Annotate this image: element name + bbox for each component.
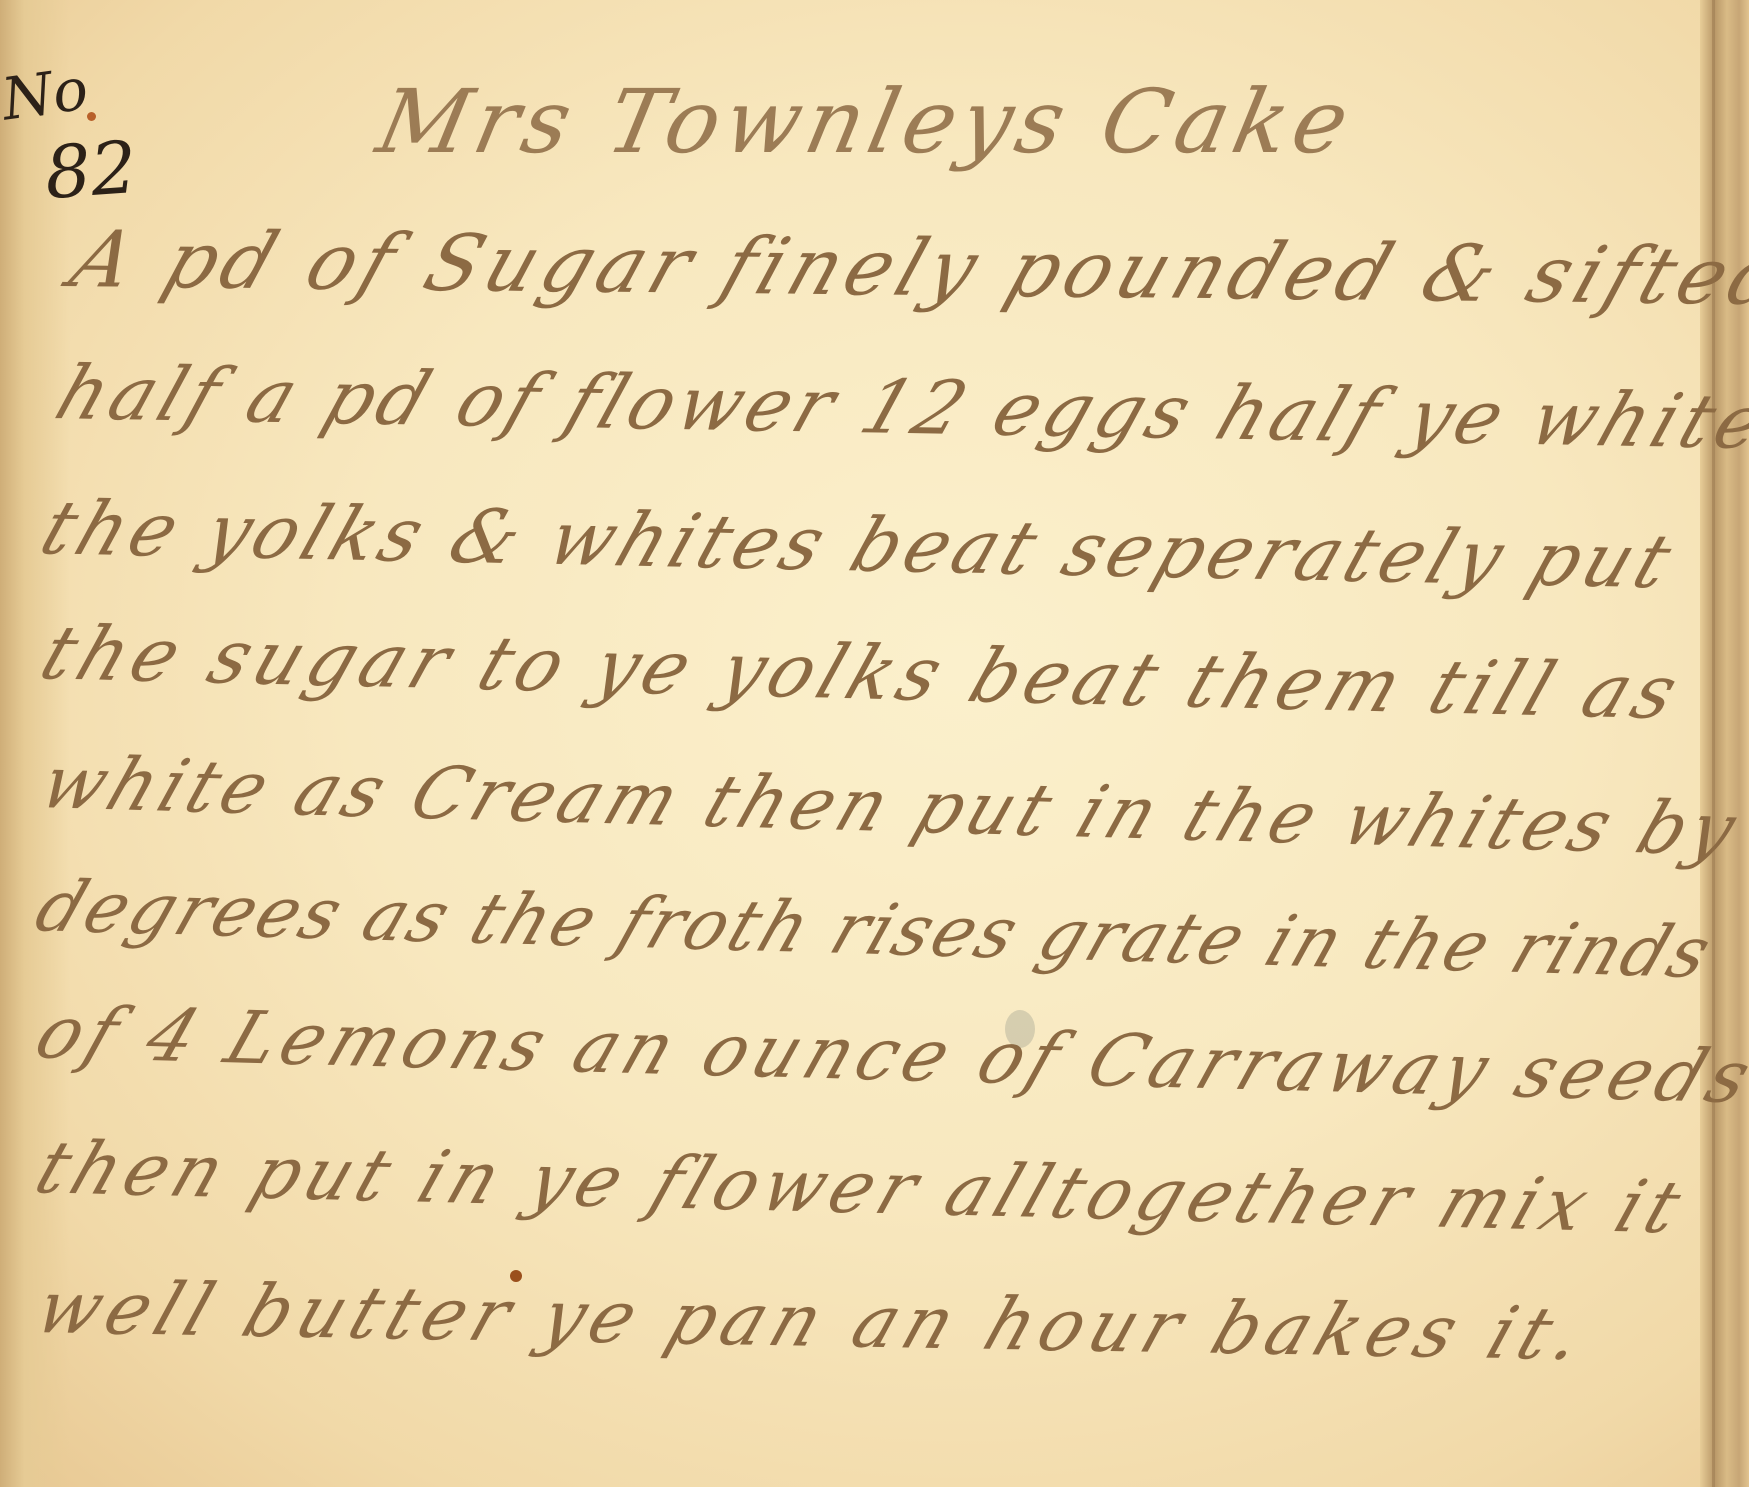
recipe-line: half a pd of flower 12 eggs half ye whit… xyxy=(45,350,1749,467)
recipe-line: then put in ye flower alltogether mix it xyxy=(25,1125,1697,1249)
page-number-value: 82 xyxy=(42,125,139,215)
page-edge xyxy=(1700,0,1749,1487)
recipe-line: A pd of Sugar finely pounded & sifted xyxy=(60,215,1749,323)
recipe-title: Mrs Townleys Cake xyxy=(369,70,1363,173)
page-number-prefix: No xyxy=(0,54,92,133)
recipe-line: the sugar to ye yolks beat them till as xyxy=(30,610,1694,736)
manuscript-page: No 82 Mrs Townleys Cake A pd of Sugar fi… xyxy=(0,0,1749,1487)
recipe-line: white as Cream then put in the whites by xyxy=(30,740,1749,872)
recipe-line: degrees as the froth rises grate in the … xyxy=(26,865,1725,994)
recipe-line: of 4 Lemons an ounce of Carraway seeds xyxy=(25,990,1749,1119)
page-edge-line xyxy=(1712,0,1715,1487)
recipe-line: the yolks & whites beat seperately put xyxy=(30,485,1687,605)
recipe-line: well butter ye pan an hour bakes it. xyxy=(26,1265,1601,1376)
page-number: No 82 xyxy=(0,40,140,220)
